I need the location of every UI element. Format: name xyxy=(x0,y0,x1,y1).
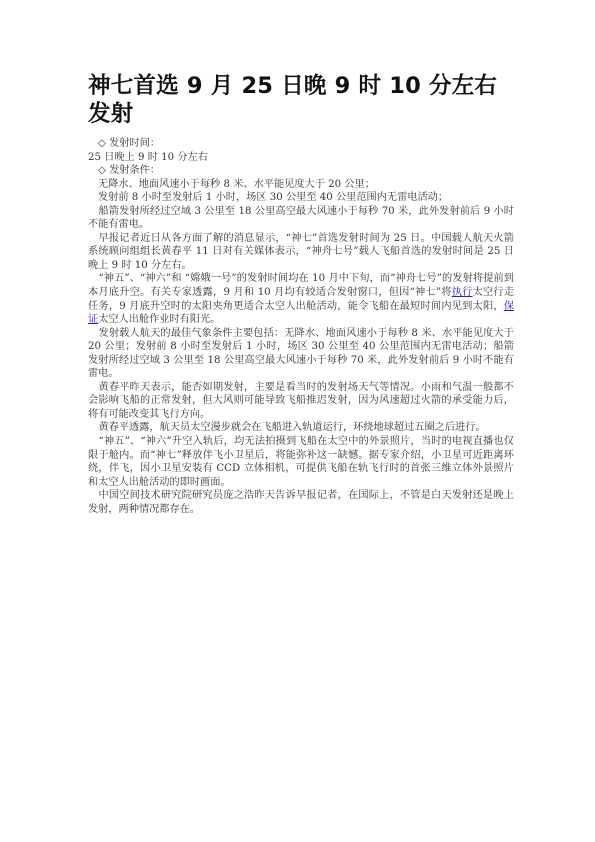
paragraph-3: 发射载人航天的最佳气象条件主要包括：无降水、地面风速小于每秒 8 米、水平能见度… xyxy=(88,327,514,381)
launch-conditions-label: ◇ 发射条件： xyxy=(88,164,514,178)
document-page: 神七首选 9 月 25 日晚 9 时 10 分左右发射 ◇ 发射时间： 25 日… xyxy=(0,0,595,842)
condition-item-2: 发射前 8 小时至发射后 1 小时，场区 30 公里至 40 公里范围内无雷电活… xyxy=(88,191,514,205)
link-execute[interactable]: 执行 xyxy=(452,287,473,298)
launch-time-label: ◇ 发射时间： xyxy=(88,137,514,151)
paragraph-5: 黄春平透露，航天员太空漫步就会在飞船进入轨道运行，环绕地球超过五圈之后进行。 xyxy=(88,421,514,435)
document-body: ◇ 发射时间： 25 日晚上 9 时 10 分左右 ◇ 发射条件： 无降水、地面… xyxy=(88,137,514,516)
paragraph-2-text-c: 太空人出舱作业时有阳光。 xyxy=(98,314,220,325)
paragraph-1: 早报记者近日从各方面了解的消息显示，“神七”首选发射时间为 25 日。中国载人航… xyxy=(88,232,514,273)
launch-time-value: 25 日晚上 9 时 10 分左右 xyxy=(88,151,514,165)
page-title: 神七首选 9 月 25 日晚 9 时 10 分左右发射 xyxy=(88,72,513,128)
condition-item-3: 船箭发射所经过空域 3 公里至 18 公里高空最大风速小于每秒 70 米，此外发… xyxy=(88,205,514,232)
paragraph-4: 黄春平昨天表示，能否如期发射，主要是看当时的发射场天气等情况。小雨和气温一般都不… xyxy=(88,381,514,422)
paragraph-2: “神五”、“神六”和 “嫦娥一号”的发射时间均在 10 月中下旬，而“神舟七号”… xyxy=(88,272,514,326)
paragraph-7: 中国空间技术研究院研究员庞之浩昨天告诉早报记者，在国际上，不管是白天发射还是晚上… xyxy=(88,489,514,516)
paragraph-2-text-a: “神五”、“神六”和 “嫦娥一号”的发射时间均在 10 月中下旬，而“神舟七号”… xyxy=(88,273,514,298)
condition-item-1: 无降水、地面风速小于每秒 8 米、水平能见度大于 20 公里； xyxy=(88,178,514,192)
paragraph-6: “神五”、“神六”升空入轨后，均无法拍摄到飞船在太空中的外景照片，当时的电视直播… xyxy=(88,435,514,489)
